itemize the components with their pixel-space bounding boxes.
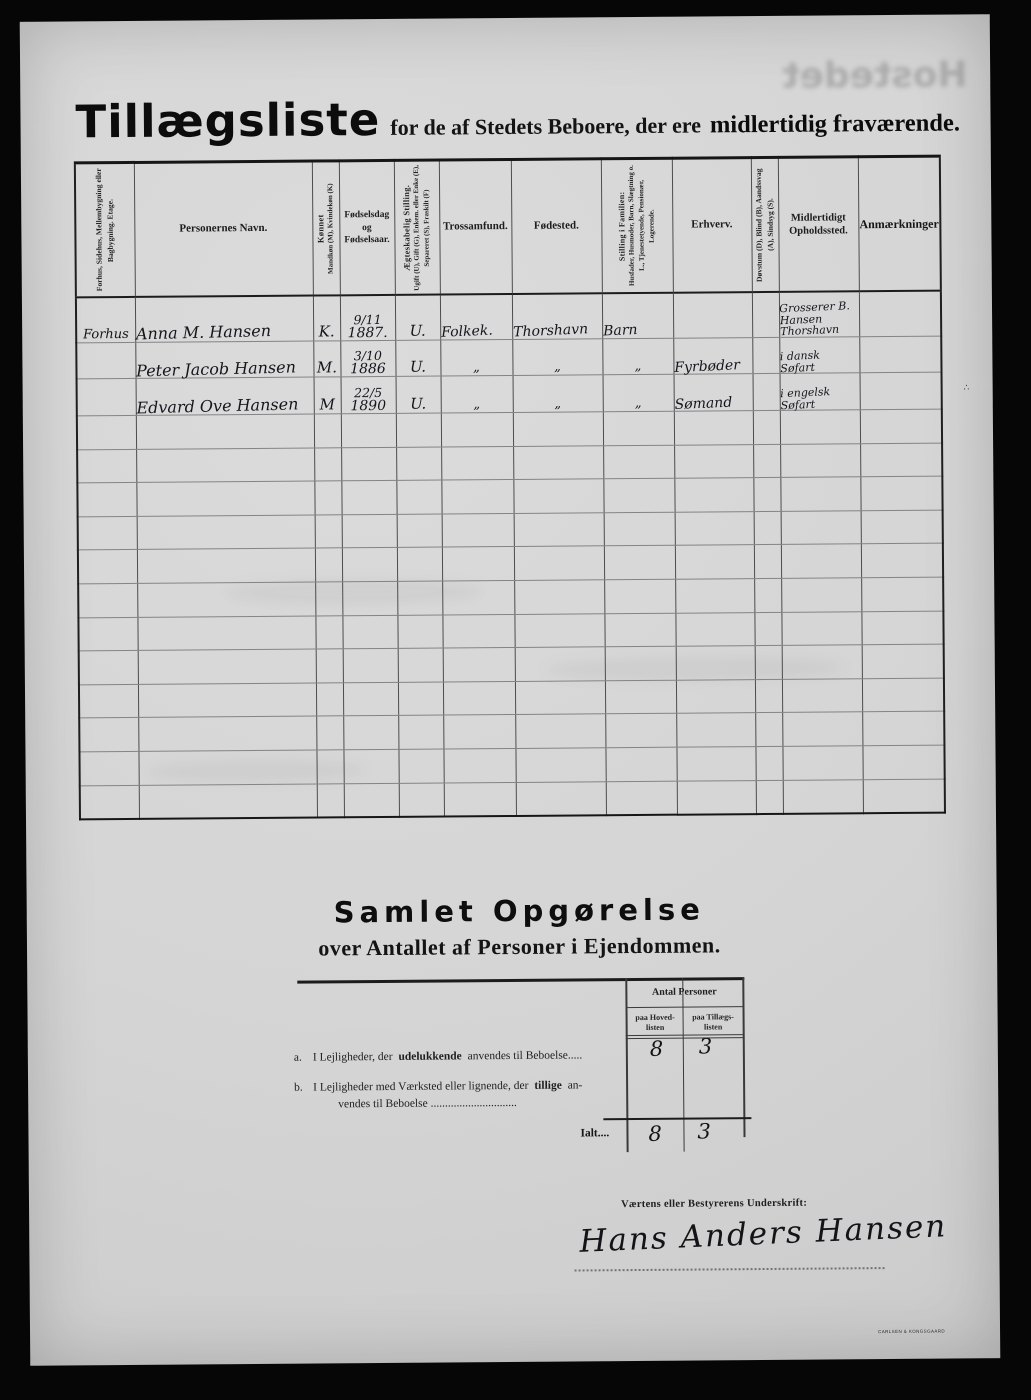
col-birthplace: Fødested. [511,159,602,294]
value-a-tillaegslisten: 3 [699,1034,713,1058]
table-row-person: Forhus Anna M. Hansen K. 9/111887. U. Fo… [76,291,941,343]
summary-heading: Samlet Opgørelse over Antallet af Person… [297,892,743,961]
value-a-hovedlisten: 8 [650,1037,664,1061]
col-name: Personernes Navn. [134,161,313,297]
signature-underline [574,1231,884,1271]
summary-subtitle: over Antallet af Personer i Ejendommen. [297,932,742,961]
summary-hline-2a [626,1034,744,1036]
col-building: Forhus, Sidehus, Mellembygning eller Bag… [75,162,135,297]
table-row-empty [80,779,945,820]
summary-total-rule [603,1117,751,1120]
summary-hline-2b [626,1037,744,1039]
table-header-row: Forhus, Sidehus, Mellembygning eller Bag… [75,156,941,297]
printer-imprint: CARLSEN & KONGSGAARD [878,1329,945,1335]
col-disability: Døvstum (D), Blind (B), Aandssvag (A), S… [751,157,779,292]
summary-row-b-line2: vendes til Beboelse ....................… [338,1096,638,1110]
summary-vline-left [625,978,628,1152]
summary-hline-1 [625,1006,743,1008]
col-religion: Trossamfund. [439,159,512,294]
col-marital: Ægteskabelig Stilling. Ugift (U), Gift (… [394,160,440,295]
col-sex: Kønnet Mandkøn (M), Kvindekøn (K) [312,161,340,296]
main-table-body: Forhus Anna M. Hansen K. 9/111887. U. Fo… [76,291,945,820]
total-label: Ialt.... [580,1127,609,1139]
summary-vline-right [742,977,745,1137]
col-occupation: Erhverv. [672,158,752,293]
table-row-person: Peter Jacob Hansen M. 3/101886 U. „ „ „ … [76,336,941,379]
value-total-hovedlisten: 8 [648,1122,662,1146]
title-main: Tillægsliste [75,93,380,148]
census-table: Forhus, Sidehus, Mellembygning eller Bag… [74,155,946,821]
title-bold: midlertidig fraværende. [710,109,960,138]
signature-label: Værtens eller Bestyrerens Underskrift: [621,1198,807,1210]
summary-col-hoved: paa Hoved- listen [628,1013,683,1033]
scanned-census-page: Hostedet Tillægslistefor de af Stedets B… [0,0,1031,1400]
paper-sheet: Hostedet Tillægslistefor de af Stedets B… [20,14,1001,1366]
summary-col-tillaegs: paa Tillægs- listen [685,1012,742,1032]
value-total-tillaegslisten: 3 [697,1119,711,1143]
summary-row-b-line1: I Lejligheder med Værksted eller lignend… [313,1079,628,1093]
col-remarks: Anmærkninger [858,156,941,291]
col-family: Stilling i Familien: Husfader, Husmoder,… [601,158,673,293]
summary-vline-mid [682,978,684,1152]
summary-row-a-prefix: a. [294,1052,302,1064]
summary-col-header: Antal Personer [627,986,741,998]
summary-row-b-prefix: b. [294,1082,303,1094]
col-whereabouts: Midlertidigt Opholdssted. [778,157,859,292]
summary-row-a: I Lejligheder, der udelukkende anvendes … [313,1049,623,1063]
margin-mark: ∴ [964,382,970,393]
table-row-person: Edvard Ove Hansen M 22/51890 U. „ „ „ Sø… [77,372,942,416]
title-mid: for de af Stedets Beboere, der ere [390,112,701,139]
summary-top-rule [297,977,744,984]
summary-title: Samlet Opgørelse [297,892,742,929]
col-birth: Fødselsdag og Fødselsaar. [339,160,395,295]
page-title: Tillægslistefor de af Stedets Beboere, d… [75,88,960,148]
